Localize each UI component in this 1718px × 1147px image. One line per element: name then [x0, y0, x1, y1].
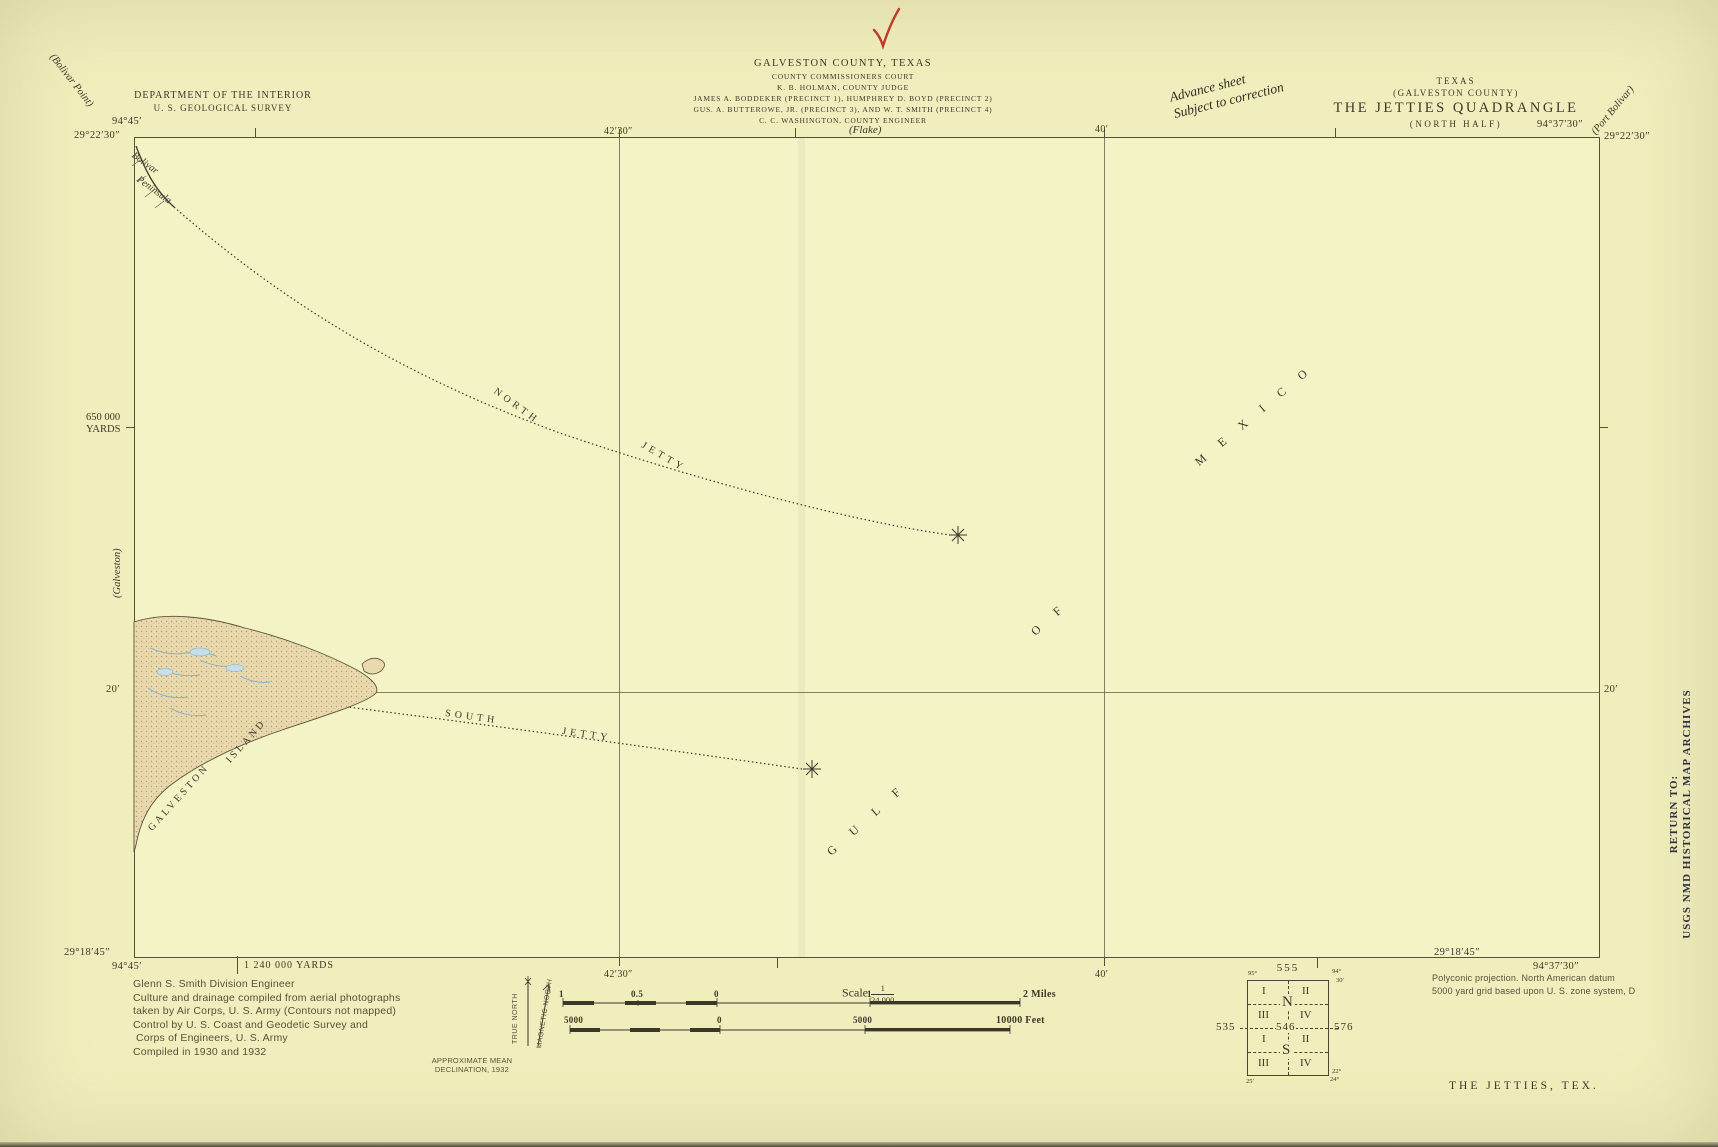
index-right-number: 576 [1334, 1021, 1354, 1033]
top-meridian-4230: 42′30″ [604, 126, 633, 137]
return-stamp-line2: USGS NMD HISTORICAL MAP ARCHIVES [1681, 626, 1694, 1002]
scale-bars [563, 998, 1020, 1034]
miles-bar-label-1: 1 [559, 989, 564, 999]
grid-tick [1600, 427, 1608, 428]
county-commissioners-block: GALVESTON COUNTY, TEXAS COUNTY COMMISSIO… [693, 58, 992, 125]
map-neatline [134, 137, 1600, 958]
meridian-line-4230 [619, 137, 620, 958]
yards-650000-line2: YARDS [86, 424, 120, 435]
left-parallel-20: 20′ [106, 684, 120, 695]
agency-line1: DEPARTMENT OF THE INTERIOR [134, 90, 312, 101]
declination-caption: APPROXIMATE MEAN DECLINATION, 1932 [432, 1056, 513, 1074]
miles-bar-label-05: 0.5 [631, 989, 643, 999]
agency-header: DEPARTMENT OF THE INTERIOR U. S. GEOLOGI… [134, 90, 312, 113]
page-title: THE JETTIES QUADRANGLE [1333, 100, 1578, 117]
adjoining-sheet-galveston: (Galveston) [112, 548, 123, 598]
index-center-number: 546 [1276, 1021, 1296, 1033]
index-left-number: 535 [1216, 1021, 1236, 1033]
declination-caption-line1: APPROXIMATE MEAN [432, 1056, 513, 1065]
corner-lat-bottom-right: 29°18′45″ [1434, 947, 1480, 958]
corner-lat-top-right: 29°22′30″ [1604, 131, 1650, 142]
index-s-q2: II [1302, 1033, 1309, 1045]
archive-return-stamp: RETURN TO: USGS NMD HISTORICAL MAP ARCHI… [1668, 626, 1694, 1002]
grid-tick [1317, 958, 1318, 968]
county-line6: C. C. WASHINGTON, COUNTY ENGINEER [693, 116, 992, 125]
county-line4: JAMES A. BODDEKER (PRECINCT 1), HUMPHREY… [693, 94, 992, 103]
credit-line4: Control by U. S. Coast and Geodetic Surv… [133, 1019, 400, 1033]
county-line1: GALVESTON COUNTY, TEXAS [693, 58, 992, 69]
adjoining-sheet-bolivar-point: (Bolivar Point) [47, 52, 95, 109]
yards-650000-label: 650 000 YARDS [86, 412, 120, 435]
grid-tick [126, 427, 134, 428]
feet-bar-label-5000a: 5000 [564, 1015, 583, 1025]
agency-line2: U. S. GEOLOGICAL SURVEY [134, 103, 312, 113]
scan-edge [0, 1142, 1718, 1147]
adjoining-sheet-flake: (Flake) [849, 124, 881, 136]
corner-lat-bottom-left: 29°18′45″ [64, 947, 110, 958]
county-line2: COUNTY COMMISSIONERS COURT [693, 72, 992, 81]
index-n-q2: II [1302, 985, 1309, 997]
magnetic-north-label: MAGNETIC NORTH [536, 978, 554, 1049]
sheet-name: THE JETTIES, TEX. [1449, 1080, 1599, 1092]
corner-lat-top-left: 29°22′30″ [74, 130, 120, 141]
credit-line5: Corps of Engineers, U. S. Army [136, 1032, 400, 1046]
scale-word: Scale [842, 986, 868, 1000]
projection-line1: Polyconic projection. North American dat… [1432, 972, 1635, 985]
grid-tick [1104, 958, 1105, 966]
index-s-q1: I [1262, 1033, 1266, 1045]
meridian-line-40 [1104, 137, 1105, 958]
right-parallel-20: 20′ [1604, 684, 1618, 695]
grid-tick [255, 128, 256, 137]
declination-caption-line2: DECLINATION, 1932 [432, 1065, 513, 1074]
map-sheet: (Bolivar Point) DEPARTMENT OF THE INTERI… [0, 0, 1718, 1147]
miles-bar-label-0: 0 [714, 989, 719, 999]
corner-lon-top-left: 94°45′ [112, 116, 142, 127]
index-corner-tr-deg: 94° [1332, 968, 1341, 975]
scale-denominator: 24,000 [871, 995, 894, 1005]
index-s-label: S [1280, 1042, 1292, 1059]
yards-650000-line1: 650 000 [86, 412, 120, 423]
index-corner-br-2: 24° [1330, 1076, 1339, 1083]
credit-line3: taken by Air Corps, U. S. Army (Contours… [133, 1005, 400, 1019]
bottom-meridian-40: 40′ [1095, 969, 1108, 980]
advance-sheet-stamp: Advance sheet Subject to correction [1168, 63, 1285, 122]
corner-lon-bottom-right: 94°37′30″ [1533, 961, 1579, 972]
projection-line2: 5000 yard grid based upon U. S. zone sys… [1432, 985, 1635, 998]
feet-bar-label-5000b: 5000 [853, 1015, 872, 1025]
index-s-q4: IV [1300, 1057, 1312, 1069]
corner-lon-top-right: 94°37′30″ [1537, 119, 1583, 130]
scale-fraction: 1 24,000 [871, 984, 894, 1004]
feet-bar-label-0: 0 [717, 1015, 722, 1025]
adjoining-sheet-port-bolivar: (Port Bolivar) [1590, 84, 1637, 137]
return-stamp-line1: RETURN TO: [1668, 626, 1681, 1002]
index-s-q3: III [1258, 1057, 1269, 1069]
index-corner-tr-min: 30′ [1336, 977, 1344, 984]
red-checkmark [874, 9, 899, 46]
grid-tick [777, 958, 778, 968]
index-top-number: 555 [1277, 962, 1300, 974]
index-corner-br-1: 22° [1332, 1068, 1341, 1075]
miles-bar-label-1b: 1 [867, 989, 872, 999]
projection-note: Polyconic projection. North American dat… [1432, 972, 1635, 998]
corner-lon-bottom-left: 94°45′ [112, 961, 142, 972]
credit-line2: Culture and drainage compiled from aeria… [133, 992, 400, 1006]
index-n-q3: III [1258, 1009, 1269, 1021]
county-line3: K. B. HOLMAN, COUNTY JUDGE [693, 83, 992, 92]
title-county: (GALVESTON COUNTY) [1333, 88, 1578, 98]
credit-line1: Glenn S. Smith Division Engineer [133, 978, 400, 992]
index-corner-tl: 95° [1248, 970, 1257, 977]
index-corner-bl: 25′ [1246, 1078, 1254, 1085]
title-state: TEXAS [1333, 76, 1578, 86]
scale-numerator: 1 [871, 984, 894, 995]
index-n-q1: I [1262, 985, 1266, 997]
yards-1240000-label: 1 240 000 YARDS [244, 960, 334, 971]
credits-block: Glenn S. Smith Division Engineer Culture… [133, 978, 400, 1059]
true-north-label: TRUE NORTH [512, 993, 519, 1044]
feet-bar-label-10000: 10000 Feet [996, 1015, 1045, 1026]
miles-bar-label-2: 2 Miles [1023, 989, 1056, 1000]
parallel-line-20 [134, 692, 1600, 693]
bottom-meridian-4230: 42′30″ [604, 969, 633, 980]
grid-tick [619, 958, 620, 966]
credit-line6: Compiled in 1930 and 1932 [133, 1046, 400, 1060]
grid-tick [795, 128, 796, 137]
county-line5: GUS. A. BUTTEROWE, JR. (PRECINCT 3), AND… [693, 105, 992, 114]
grid-tick [237, 956, 238, 974]
top-meridian-40: 40′ [1095, 124, 1108, 135]
grid-tick [1335, 128, 1336, 137]
index-n-label: N [1280, 994, 1295, 1011]
index-n-q4: IV [1300, 1009, 1312, 1021]
